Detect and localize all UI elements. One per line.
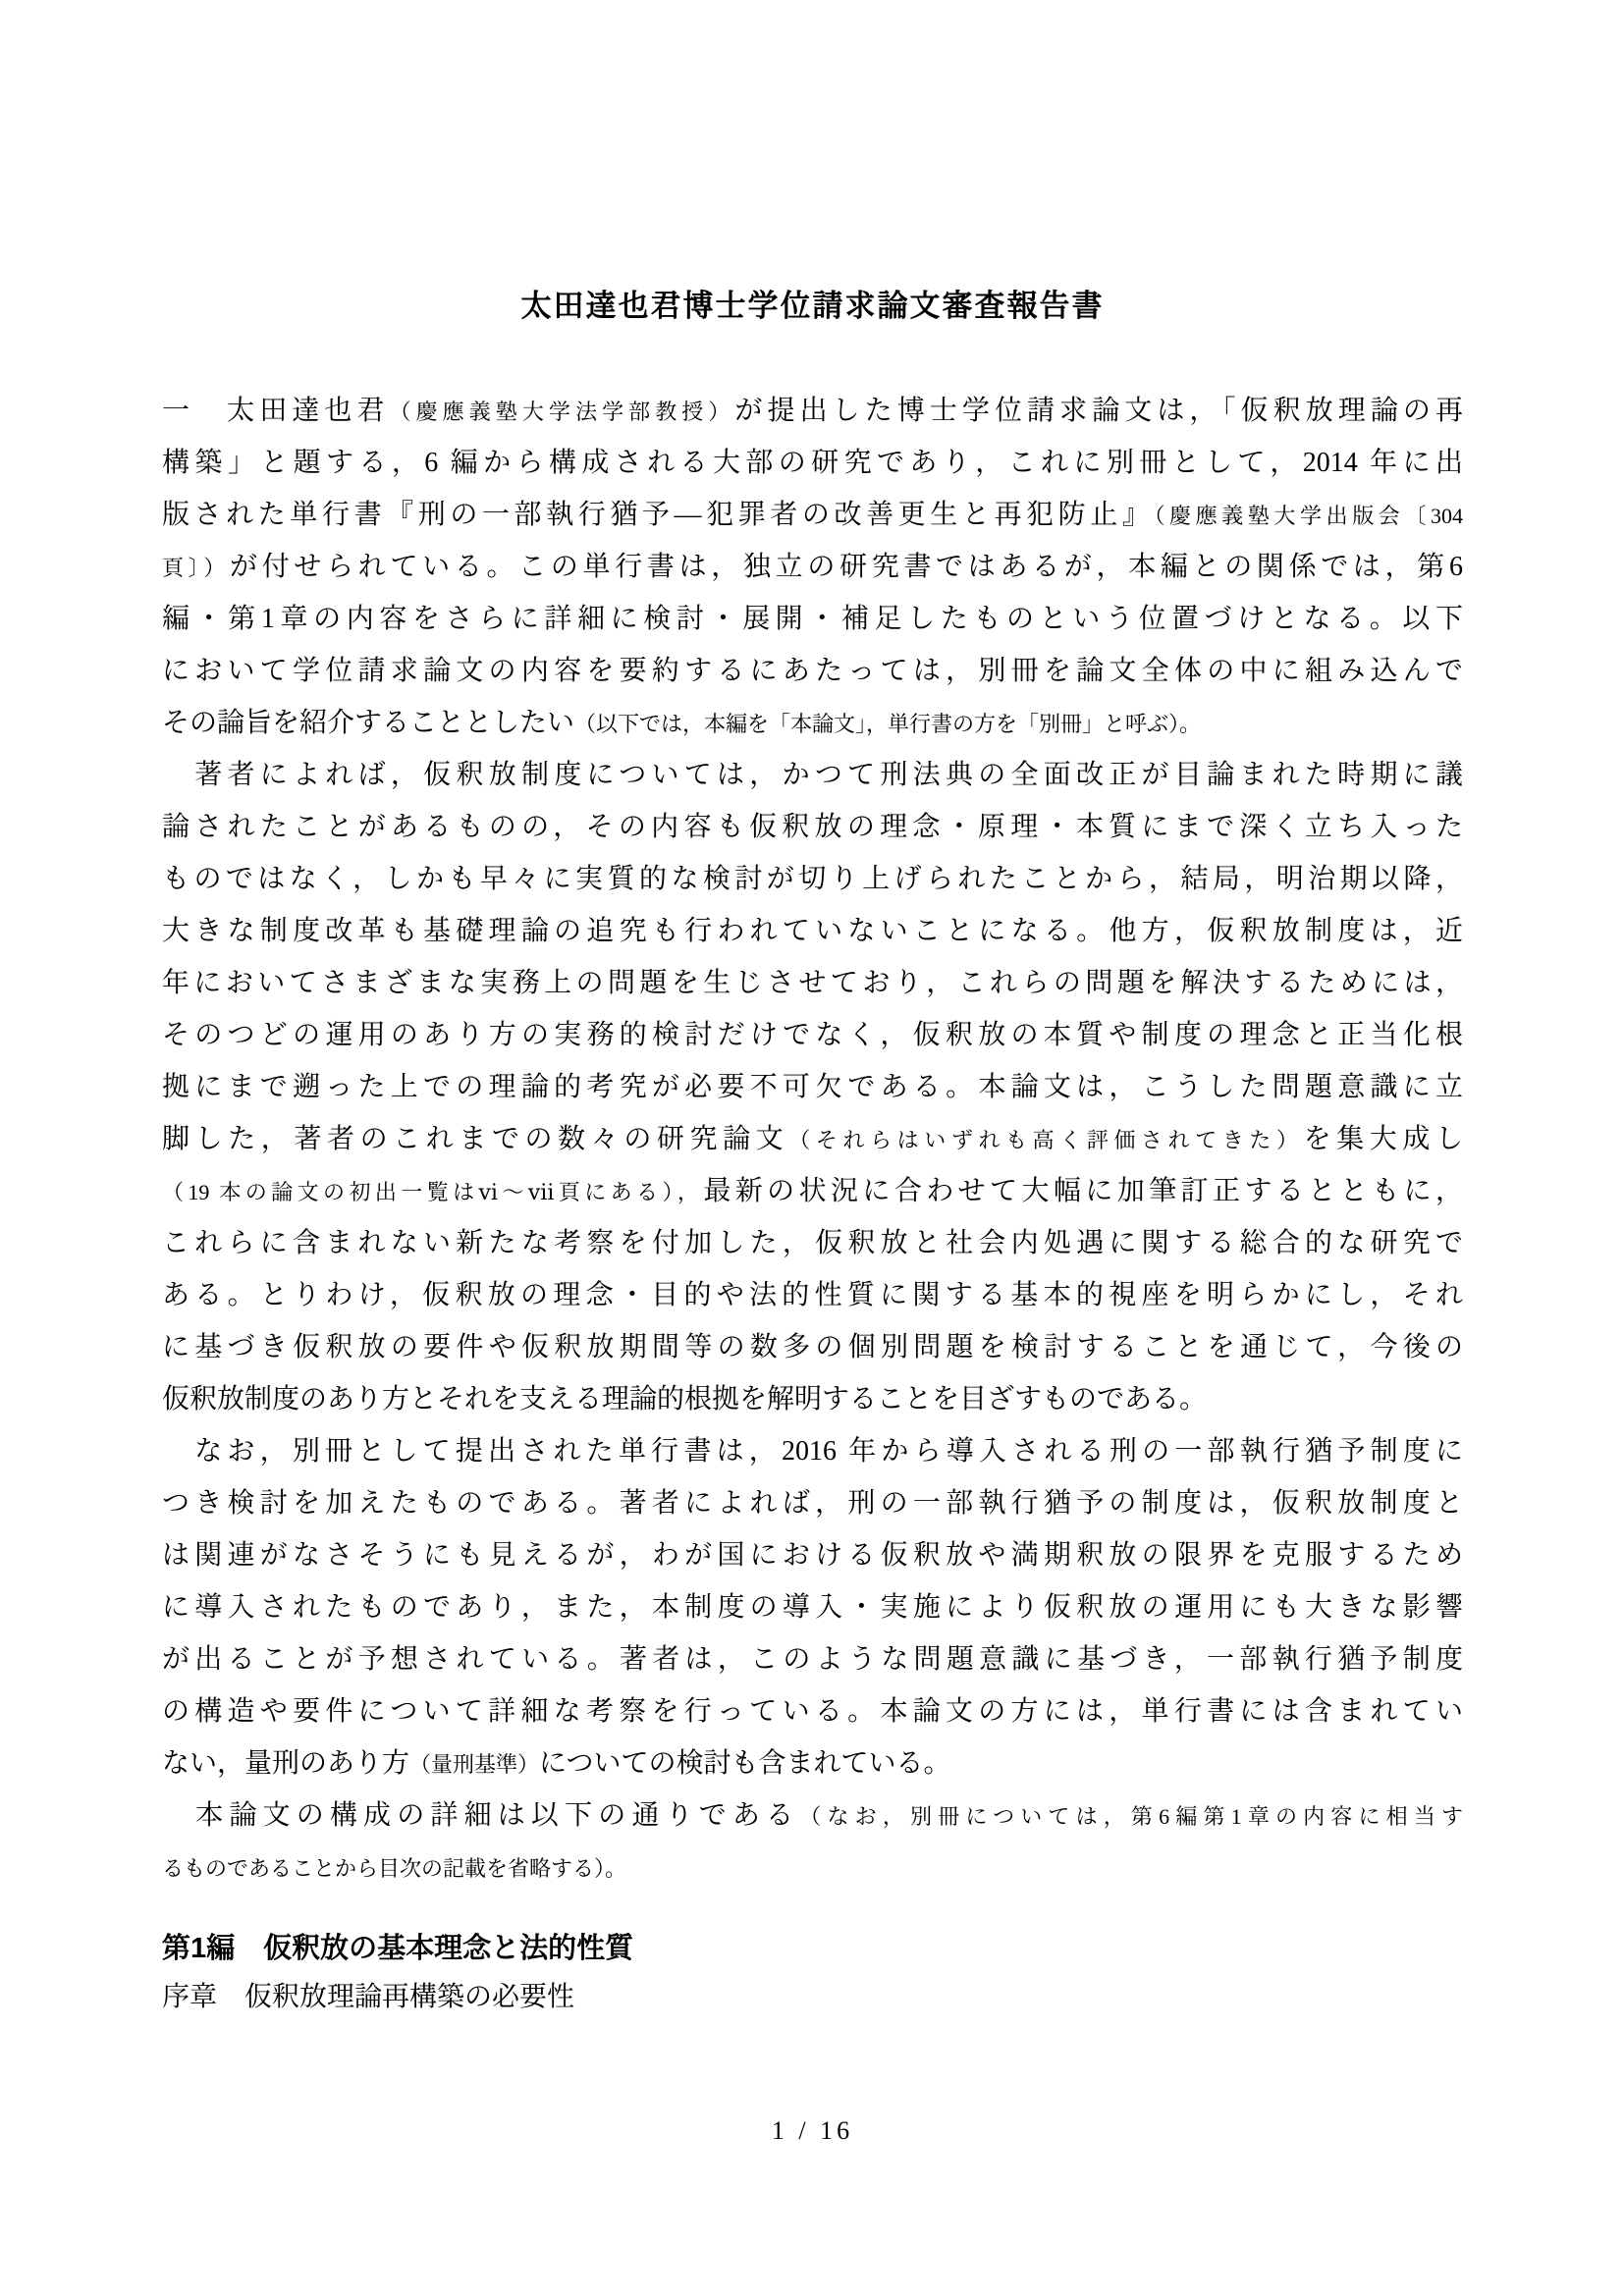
body-line: 大きな制度改革も基礎理論の追究も行われていないことになる。他方，仮釈放制度は，近 [162,905,1463,957]
body-line: 本論文の構成の詳細は以下の通りである（なお，別冊については，第6編第1章の内容に… [162,1789,1463,1842]
body-text-segment: （量刑基準） [409,1752,539,1777]
body-line: 著者によれば，仮釈放制度については，かつて刑法典の全面改正が目論まれた時期に議 [162,749,1463,801]
document-title: 太田達也君博士学位請求論文審査報告書 [162,281,1463,325]
document-headings: 第1編 仮釈放の基本理念と法的性質 序章 仮釈放理論再構築の必要性 [162,1924,1463,2022]
body-text-segment: ある。とりわけ，仮釈放の理念・目的や法的性質に関する基本的視座を明らかにし，それ [162,1280,1463,1310]
body-text-segment: 頁〕） [162,556,230,580]
body-text-segment: ものではなく，しかも早々に実質的な検討が切り上げられたことから，結局，明治期以降… [162,864,1463,894]
body-text-segment: に導入されたものであり，また，本制度の導入・実施により仮釈放の運用にも大きな影響 [162,1592,1463,1623]
heading-part1: 第1編 仮釈放の基本理念と法的性質 [162,1924,1463,1973]
body-line: なお，別冊として提出された単行書は，2016 年から導入される刑の一部執行猶予制… [162,1425,1463,1477]
body-text-segment: において学位請求論文の内容を要約するにあたっては，別冊を論文全体の中に組み込んで [162,656,1463,686]
body-text-segment: 構築」と題する，6 編から構成される大部の研究であり，これに別冊として，2014… [162,448,1463,478]
body-text-segment: その論旨を紹介することとしたい [162,708,574,738]
body-text-segment: を集大成し [1304,1124,1463,1154]
body-text-segment: そのつどの運用のあり方の実務的検討だけでなく，仮釈放の本質や制度の理念と正当化根 [162,1020,1463,1050]
body-line: これらに含まれない新たな考察を付加した，仮釈放と社会内処遇に関する総合的な研究で [162,1217,1463,1269]
body-text-segment: は関連がなさそうにも見えるが，わが国における仮釈放や満期釈放の限界を克服するため [162,1540,1463,1571]
body-line: るものであることから目次の記載を省略する）。 [162,1842,1463,1894]
body-text-segment: （慶應義塾大学出版会〔304 [1154,504,1463,528]
body-text-segment: 本論文の構成の詳細は以下の通りである [162,1800,799,1831]
body-text-segment: るものであることから目次の記載を省略する）。 [162,1856,626,1881]
body-line: つき検討を加えたものである。著者によれば，刑の一部執行猶予の制度は，仮釈放制度と [162,1477,1463,1529]
body-text-segment: （慶應義塾大学法学部教授） [390,400,735,424]
page-number: 1 / 16 [162,2116,1463,2146]
body-line: が出ることが予想されている。著者は，このような問題意識に基づき，一部執行猶予制度 [162,1633,1463,1685]
body-text-segment: 論されたことがあるものの，その内容も仮釈放の理念・原理・本質にまで深く立ち入った [162,812,1463,842]
body-line: 拠にまで遡った上での理論的考究が必要不可欠である。本論文は，こうした問題意識に立 [162,1061,1463,1113]
body-text-segment: の構造や要件について詳細な考察を行っている。本論文の方には，単行書には含まれてい [162,1696,1463,1727]
body-line: ない，量刑のあり方（量刑基準）についての検討も含まれている。 [162,1737,1463,1789]
body-line: に導入されたものであり，また，本制度の導入・実施により仮釈放の運用にも大きな影響 [162,1581,1463,1633]
body-line: 仮釈放制度のあり方とそれを支える理論的根拠を解明することを目ざすものである。 [162,1373,1463,1425]
body-line: において学位請求論文の内容を要約するにあたっては，別冊を論文全体の中に組み込んで [162,645,1463,697]
body-text-segment: が提出した博士学位請求論文は，「仮釈放理論の再 [734,396,1463,426]
body-text-segment: 編・第1章の内容をさらに詳細に検討・展開・補足したものという位置づけとなる。以下 [162,604,1463,634]
body-line: 編・第1章の内容をさらに詳細に検討・展開・補足したものという位置づけとなる。以下 [162,593,1463,645]
body-text-segment: 版された単行書『刑の一部執行猶予―犯罪者の改善更生と再犯防止』 [162,500,1154,530]
body-text-segment: （以下では，本編を「本論文」，単行書の方を「別冊」と呼ぶ）。 [574,712,1201,736]
body-text-segment: 著者によれば，仮釈放制度については，かつて刑法典の全面改正が目論まれた時期に議 [162,760,1463,790]
body-text-segment: 拠にまで遡った上での理論的考究が必要不可欠である。本論文は，こうした問題意識に立 [162,1072,1463,1102]
body-line: は関連がなさそうにも見えるが，わが国における仮釈放や満期釈放の限界を克服するため [162,1529,1463,1581]
body-line: に基づき仮釈放の要件や仮釈放期間等の数多の個別問題を検討することを通じて，今後の [162,1321,1463,1373]
body-line: ものではなく，しかも早々に実質的な検討が切り上げられたことから，結局，明治期以降… [162,853,1463,905]
body-text-segment: ない，量刑のあり方 [162,1748,409,1779]
body-line: 脚した，著者のこれまでの数々の研究論文（それらはいずれも高く評価されてきた）を集… [162,1113,1463,1165]
body-text-segment: 大きな制度改革も基礎理論の追究も行われていないことになる。他方，仮釈放制度は，近 [162,916,1463,946]
body-text-segment: つき検討を加えたものである。著者によれば，刑の一部執行猶予の制度は，仮釈放制度と [162,1488,1463,1519]
heading-intro-chapter: 序章 仮釈放理論再構築の必要性 [162,1973,1463,2022]
body-line: そのつどの運用のあり方の実務的検討だけでなく，仮釈放の本質や制度の理念と正当化根 [162,1009,1463,1061]
body-line: 頁〕）が付せられている。この単行書は，独立の研究書ではあるが，本編との関係では，… [162,541,1463,593]
document-body: 一 太田達也君（慶應義塾大学法学部教授）が提出した博士学位請求論文は，「仮釈放理… [162,385,1463,1894]
body-line: 一 太田達也君（慶應義塾大学法学部教授）が提出した博士学位請求論文は，「仮釈放理… [162,385,1463,437]
body-line: 論されたことがあるものの，その内容も仮釈放の理念・原理・本質にまで深く立ち入った [162,801,1463,853]
body-text-segment: これらに含まれない新たな考察を付加した，仮釈放と社会内処遇に関する総合的な研究で [162,1228,1463,1258]
body-line: 構築」と題する，6 編から構成される大部の研究であり，これに別冊として，2014… [162,437,1463,489]
body-line: ある。とりわけ，仮釈放の理念・目的や法的性質に関する基本的視座を明らかにし，それ [162,1269,1463,1321]
body-text-segment: なお，別冊として提出された単行書は，2016 年から導入される刑の一部執行猶予制… [162,1436,1463,1467]
body-line: の構造や要件について詳細な考察を行っている。本論文の方には，単行書には含まれてい [162,1685,1463,1737]
body-text-segment: 年においてさまざまな実務上の問題を生じさせており，これらの問題を解決するためには… [162,968,1463,998]
body-text-segment: （19 本の論文の初出一覧はⅵ～ⅶ頁にある）， [162,1180,703,1204]
body-text-segment: に基づき仮釈放の要件や仮釈放期間等の数多の個別問題を検討することを通じて，今後の [162,1332,1463,1362]
body-text-segment: （それらはいずれも高く評価されてきた） [788,1128,1303,1152]
body-text-segment: が出ることが予想されている。著者は，このような問題意識に基づき，一部執行猶予制度 [162,1644,1463,1675]
body-text-segment: 一 太田達也君 [162,396,390,426]
body-text-segment: 仮釈放制度のあり方とそれを支える理論的根拠を解明することを目ざすものである。 [162,1384,1207,1415]
body-line: 版された単行書『刑の一部執行猶予―犯罪者の改善更生と再犯防止』（慶應義塾大学出版… [162,489,1463,541]
body-line: （19 本の論文の初出一覧はⅵ～ⅶ頁にある），最新の状況に合わせて大幅に加筆訂正… [162,1165,1463,1217]
body-text-segment: （なお，別冊については，第6編第1章の内容に相当す [799,1804,1463,1829]
body-line: その論旨を紹介することとしたい（以下では，本編を「本論文」，単行書の方を「別冊」… [162,697,1463,749]
body-text-segment: 脚した，著者のこれまでの数々の研究論文 [162,1124,788,1154]
body-text-segment: が付せられている。この単行書は，独立の研究書ではあるが，本編との関係では，第6 [230,552,1463,582]
body-text-segment: についての検討も含まれている。 [539,1748,950,1779]
body-line: 年においてさまざまな実務上の問題を生じさせており，これらの問題を解決するためには… [162,957,1463,1009]
document-page: 太田達也君博士学位請求論文審査報告書 一 太田達也君（慶應義塾大学法学部教授）が… [0,0,1624,2296]
body-text-segment: 最新の状況に合わせて大幅に加筆訂正するとともに， [703,1176,1463,1206]
